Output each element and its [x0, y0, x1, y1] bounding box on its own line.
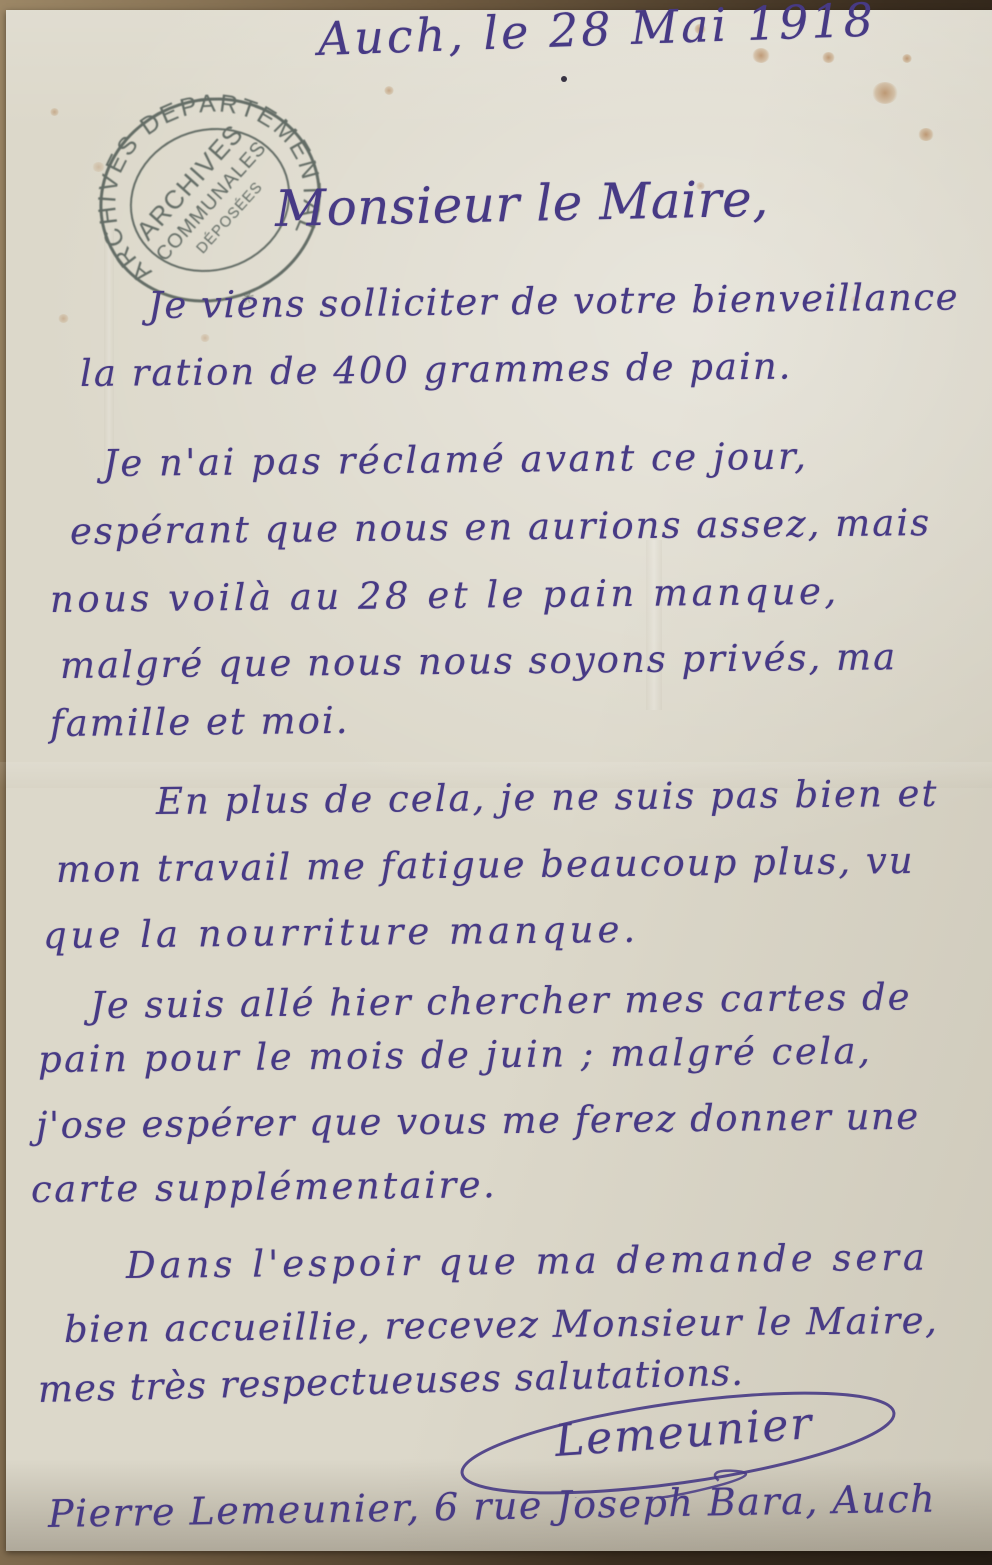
body-line: Je viens solliciter de votre bienveillan… — [148, 278, 959, 327]
letter-photo: ARCHIVES DEPARTEMENTALES ✳ ARCHIVES COMM… — [0, 0, 992, 1565]
body-line: En plus de cela, je ne suis pas bien et — [156, 774, 939, 823]
body-line: espérant que nous en aurions assez, mais — [70, 503, 932, 553]
body-line: nous voilà au 28 et le pain manque, — [50, 572, 840, 621]
body-line: la ration de 400 grammes de pain. — [80, 347, 793, 395]
body-line: mon travail me fatigue beaucoup plus, vu — [56, 841, 915, 891]
body-line: que la nourriture manque. — [43, 910, 640, 957]
body-line: malgré que nous nous soyons privés, ma — [60, 637, 898, 686]
body-line: famille et moi. — [50, 701, 350, 745]
salutation: Monsieur le Maire, — [274, 172, 769, 237]
body-line: bien accueillie, recevez Monsieur le Mai… — [64, 1301, 939, 1351]
body-line: pain pour le mois de juin ; malgré cela, — [38, 1031, 873, 1080]
body-line: Je n'ai pas réclamé avant ce jour, — [103, 437, 809, 485]
body-line: Dans l'espoir que ma demande sera — [126, 1238, 929, 1287]
body-line: carte supplémentaire. — [31, 1165, 498, 1211]
ink-blot — [561, 76, 567, 82]
body-line: Je suis allé hier chercher mes cartes de — [90, 977, 912, 1026]
